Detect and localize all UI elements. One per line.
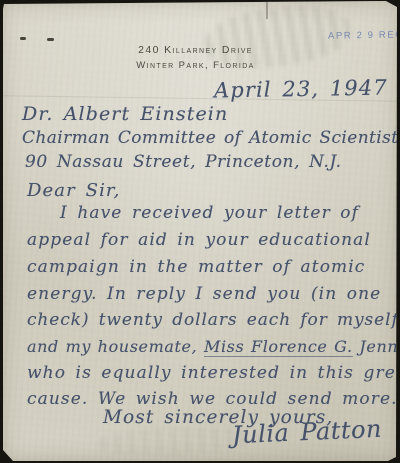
letterhead: 240 Killarney Drive Winter Park, Florida bbox=[93, 44, 298, 71]
body-line: campaign in the matter of atomic bbox=[27, 257, 365, 277]
paper-mark bbox=[47, 38, 54, 41]
body-line: cause. We wish we could send more. bbox=[27, 389, 398, 409]
body-line: I have received your letter of bbox=[60, 203, 359, 223]
paper-mark bbox=[20, 37, 26, 40]
body-line: who is equally interested in this great bbox=[27, 363, 400, 383]
body-line-segment: Jenney, bbox=[353, 337, 400, 356]
signature: Julia Patton bbox=[231, 415, 382, 450]
recipient-name: Dr. Albert Einstein bbox=[22, 103, 228, 125]
letterhead-city-line: Winter Park, Florida bbox=[93, 60, 298, 71]
letterhead-address-line: 240 Killarney Drive bbox=[93, 44, 298, 56]
received-date-stamp: APR 2 9 RECD bbox=[328, 29, 400, 41]
recipient-title: Chairman Committee of Atomic Scientists bbox=[22, 128, 400, 148]
body-line: and my housemate, Miss Florence G. Jenne… bbox=[27, 337, 400, 356]
body-line: check) twenty dollars each for myself bbox=[27, 310, 399, 330]
body-line: energy. In reply I send you (in one bbox=[27, 284, 381, 304]
paper-crease bbox=[266, 2, 268, 19]
recipient-address: 90 Nassau Street, Princeton, N.J. bbox=[25, 152, 342, 172]
underlined-name: Miss Florence G. bbox=[204, 337, 353, 357]
salutation: Dear Sir, bbox=[27, 180, 120, 201]
letter-paper: 240 Killarney Drive Winter Park, Florida… bbox=[0, 0, 400, 463]
body-line-segment: and my housemate, bbox=[27, 337, 204, 356]
letter-date: April 23, 1947 bbox=[214, 75, 388, 102]
body-line: appeal for aid in your educational bbox=[27, 230, 371, 250]
